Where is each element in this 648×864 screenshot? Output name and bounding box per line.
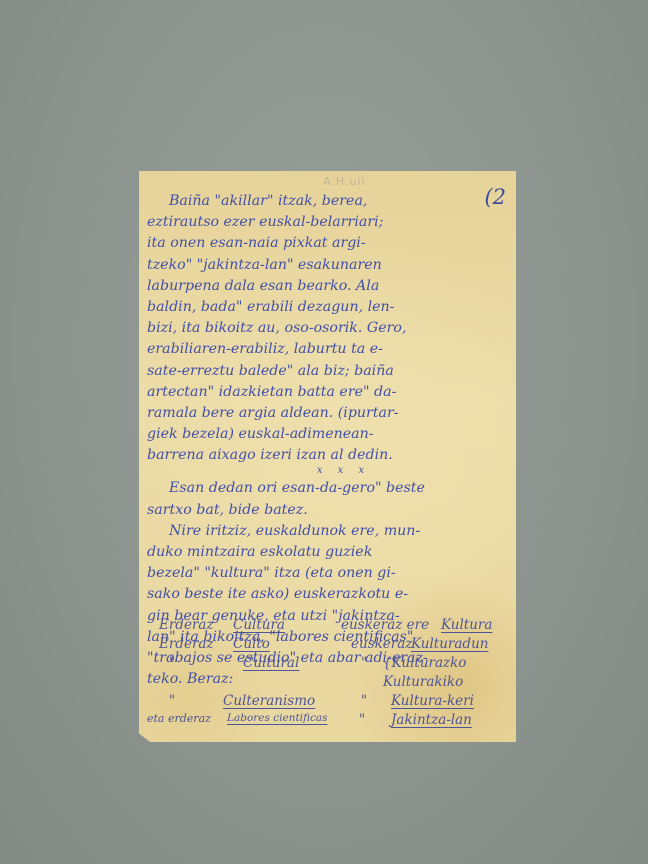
text-line: ita onen esan-naia pixkat argi- [147,233,500,254]
glossary-row: Kulturakiko [151,674,504,693]
text-line: Nire iritziz, euskaldunok ere, mun- [147,521,500,542]
glossary-prefix: Erderaz [159,636,214,652]
glossary-row: eta erderaz Labores cientificas " Jakint… [151,712,504,731]
glossary-prefix: eta erderaz [147,712,211,725]
glossary-mid: euskeraz ere [341,617,429,633]
glossary-row: Erderaz Cultura euskeraz ere Kultura [151,617,504,636]
glossary-basque: Kulturadun [411,636,488,652]
glossary-basque: Kulturakiko [383,674,463,690]
glossary-spanish: Cultura [233,617,285,633]
glossary-row: " Culteranismo " Kultura-keri [151,693,504,712]
glossary-mid: euskeraz [351,636,412,652]
text-line: artectan" idazkietan batta ere" da- [147,382,500,403]
glossary-prefix: " [169,655,175,671]
text-line: barrena aixago izeri izan al dedin. [147,445,500,466]
section-separator: x x x [147,466,500,478]
glossary-spanish: Labores cientificas [227,712,328,724]
text-line: tzeko" "jakintza-lan" esakunaren [147,255,500,276]
text-line: erabiliaren-erabiliz, laburtu ta e- [147,339,500,360]
glossary-mid: " [359,712,365,728]
handwritten-letter-page: A.H.ull (2 Baiña "akillar" itzak, berea,… [139,171,516,742]
glossary-basque: {Kulturazko [383,655,466,671]
glossary-table: Erderaz Cultura euskeraz ere Kultura Erd… [151,617,504,731]
text-line: Baiña "akillar" itzak, berea, [147,191,500,212]
text-line: sate-erreztu balede" ala biz; baiña [147,361,500,382]
glossary-mid: " [361,655,367,671]
letter-body: Baiña "akillar" itzak, berea, eztirautso… [147,191,500,690]
glossary-mid: " [361,693,367,709]
text-line: duko mintzaira eskolatu guziek [147,542,500,563]
glossary-prefix: Erderaz [159,617,214,633]
text-line: laburpena dala esan bearko. Ala [147,276,500,297]
text-line: Esan dedan ori esan-da-gero" beste [147,478,500,499]
glossary-prefix: " [169,693,175,709]
glossary-spanish: Culteranismo [223,693,315,709]
glossary-row: Erderaz Culto euskeraz Kulturadun [151,636,504,655]
glossary-basque: Kultura-keri [391,693,474,709]
text-line: eztirautso ezer euskal-belarriari; [147,212,500,233]
glossary-basque: Kultura [441,617,492,633]
paragraph-2: Esan dedan ori esan-da-gero" beste sartx… [147,478,500,520]
glossary-spanish: Cultural [243,655,299,671]
text-line: ramala bere argia aldean. (ipurtar- [147,403,500,424]
pencil-archive-mark: A.H.ull [323,175,366,188]
glossary-row: " Cultural " {Kulturazko [151,655,504,674]
text-line: sako beste ite asko) euskerazkotu e- [147,584,500,605]
text-line: bizi, ita bikoitz au, oso-osorik. Gero, [147,318,500,339]
glossary-spanish: Culto [233,636,270,652]
text-line: bezela" "kultura" itza (eta onen gi- [147,563,500,584]
paragraph-1: Baiña "akillar" itzak, berea, eztirautso… [147,191,500,466]
text-line: baldin, bada" erabili dezagun, len- [147,297,500,318]
text-line: giek bezela) euskal-adimenean- [147,424,500,445]
text-line: sartxo bat, bide batez. [147,500,500,521]
glossary-basque: Jakintza-lan [391,712,472,728]
